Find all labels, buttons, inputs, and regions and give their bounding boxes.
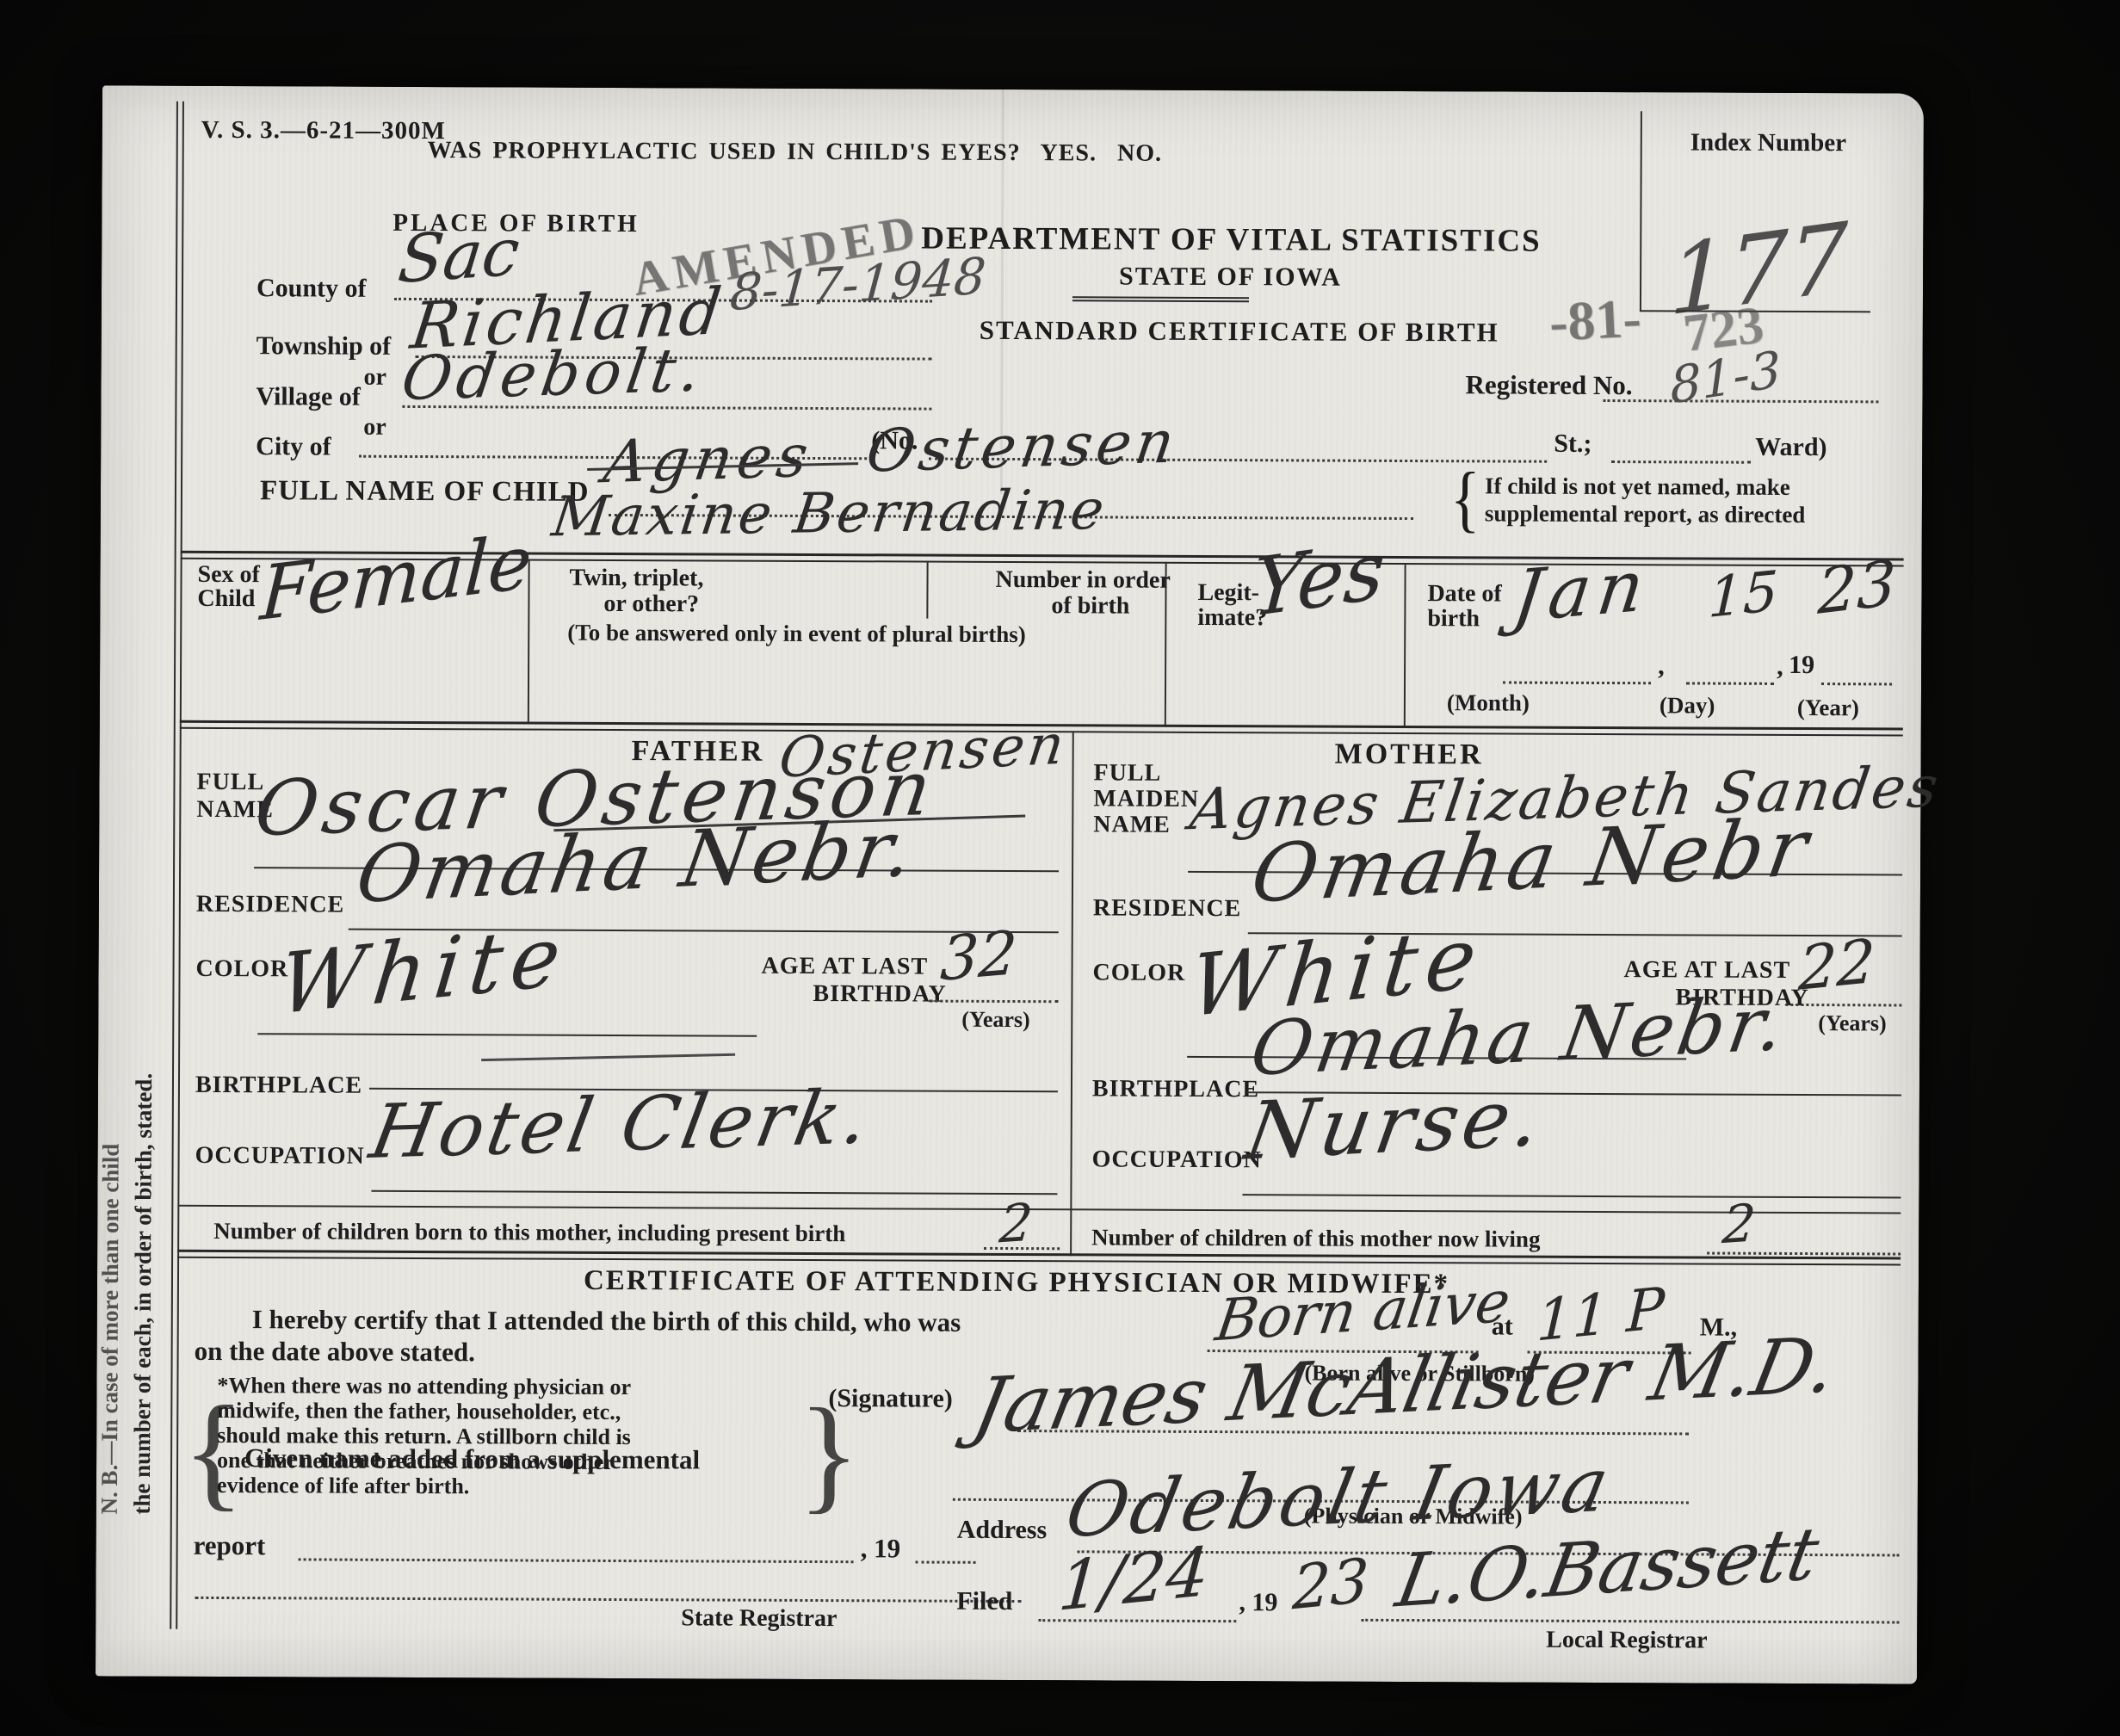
filed-label: Filed xyxy=(956,1587,1012,1616)
physician-signature: James McAllister M.D. xyxy=(967,1327,1842,1445)
mother-age-line xyxy=(1785,1004,1901,1007)
dob-label-line2: birth xyxy=(1427,605,1480,633)
mother-section-title: MOTHER xyxy=(1335,738,1484,772)
street-label: St.; xyxy=(1554,429,1592,459)
rule-under-occupation-row xyxy=(177,1205,1901,1214)
certify-statement-line1: I hereby certify that I attended the bir… xyxy=(252,1304,961,1338)
dob-comma-1: , xyxy=(1658,652,1665,681)
city-label: City of xyxy=(256,432,331,461)
given-name-year-line xyxy=(916,1561,976,1564)
local-registrar-caption: Local Registrar xyxy=(1546,1627,1708,1655)
mother-name-label-line3: NAME xyxy=(1093,811,1171,838)
township-label: Township of xyxy=(257,331,392,361)
father-residence-label: RESIDENCE xyxy=(196,891,345,919)
margin-note-line2: the number of each, in order of birth, s… xyxy=(129,344,161,1515)
address-label: Address xyxy=(957,1516,1048,1545)
index-box-line xyxy=(1640,111,1642,311)
footnote-block: *When there was no attending physician o… xyxy=(217,1373,631,1499)
margin-note-line1: N. B.—In case of more than one child xyxy=(96,369,128,1514)
state-registrar-line xyxy=(195,1597,1021,1603)
father-birthplace-label: BIRTHPLACE xyxy=(195,1072,362,1100)
prophylactic-question: WAS PROPHYLACTIC USED IN CHILD'S EYES? Y… xyxy=(428,137,1162,168)
scanned-birth-certificate: { "header": { "form_no": "V. S. 3.—6-21—… xyxy=(0,0,2120,1736)
state-registrar-caption: State Registrar xyxy=(681,1604,837,1633)
father-name-label-line1: FULL xyxy=(196,769,264,796)
or-label-1: or xyxy=(363,364,386,392)
dob-comma-2: , xyxy=(1777,652,1783,682)
signature-label: (Signature) xyxy=(828,1384,953,1414)
father-birthplace-dash xyxy=(481,1053,735,1061)
ward-line xyxy=(1611,460,1751,464)
dob-day-value: 15 xyxy=(1707,564,1779,627)
county-value: Sac xyxy=(395,219,522,293)
certificate-paper: N. B.—In case of more than one child the… xyxy=(96,85,1924,1683)
father-occupation-value: Hotel Clerk. xyxy=(365,1080,877,1170)
dob-month-caption: (Month) xyxy=(1447,689,1530,716)
not-named-brace: { xyxy=(1450,456,1480,542)
plural-note: (To be answered only in event of plural … xyxy=(567,620,1026,648)
registered-no-label: Registered No. xyxy=(1465,369,1632,401)
amended-date-handwritten: 8-17-1948 xyxy=(728,250,987,318)
filed-date-value: 1/24 xyxy=(1056,1538,1211,1622)
local-registrar-line xyxy=(1361,1619,1899,1624)
father-children-label: Number of children born to this mother, … xyxy=(213,1218,845,1247)
mother-name-label-line2: MAIDEN xyxy=(1093,785,1199,813)
given-name-note-line2: report xyxy=(194,1530,266,1561)
given-name-line xyxy=(299,1558,854,1563)
mother-years-caption: (Years) xyxy=(1818,1010,1887,1036)
mother-children-value: 2 xyxy=(1721,1197,1758,1251)
child-name-label: FULL NAME OF CHILD xyxy=(260,475,590,509)
given-name-year: , 19 xyxy=(861,1533,901,1564)
mother-birthplace-label: BIRTHPLACE xyxy=(1092,1075,1259,1103)
sex-label-line2: Child xyxy=(197,585,255,613)
order-label-line2: of birth xyxy=(1051,592,1129,620)
mother-occupation-value: Nurse. xyxy=(1240,1078,1549,1171)
dob-label-line1: Date of xyxy=(1427,580,1501,608)
form-number: V. S. 3.—6-21—300M xyxy=(201,116,446,145)
stamp-81: -81- xyxy=(1548,286,1642,354)
child-name-surname: Ostensen xyxy=(862,413,1182,481)
order-label-line1: Number in order xyxy=(995,566,1170,595)
divider-father-mother xyxy=(1070,731,1074,1256)
index-number-label: Index Number xyxy=(1690,128,1846,158)
footnote-line-2: midwife, then the father, householder, e… xyxy=(217,1398,631,1424)
filed-year-prefix: , 19 xyxy=(1239,1588,1277,1617)
standard-certificate-title: STANDARD CERTIFICATE OF BIRTH xyxy=(980,315,1499,349)
dob-month-line xyxy=(1503,681,1651,684)
mother-occupation-line xyxy=(1242,1194,1901,1198)
title-divider xyxy=(1072,296,1249,302)
mother-residence-value: Omaha Nebr xyxy=(1246,808,1817,915)
dob-year-caption: (Year) xyxy=(1797,695,1859,721)
father-age-value: 32 xyxy=(939,923,1019,990)
father-age-label-line2: BIRTHDAY xyxy=(813,980,946,1009)
divider-twin-order xyxy=(926,561,928,619)
filed-year-value: 23 xyxy=(1291,1550,1369,1619)
footnote-line-1: *When there was no attending physician o… xyxy=(217,1373,631,1399)
footnote-line-5: evidence of life after birth. xyxy=(217,1473,631,1499)
dob-day-caption: (Day) xyxy=(1660,692,1715,719)
mother-occupation-label: OCCUPATION xyxy=(1092,1146,1262,1174)
ward-label: Ward) xyxy=(1755,433,1826,462)
rule-top-of-certificate xyxy=(177,1250,1901,1266)
or-label-2: or xyxy=(363,414,386,442)
divider-order-legit xyxy=(1165,562,1167,727)
not-named-note-line2: supplemental report, as directed xyxy=(1485,500,1806,528)
dob-month-value: Jan xyxy=(1509,551,1654,633)
given-name-note-line1: Given name added from a supplemental xyxy=(244,1443,700,1475)
twin-label-line2: or other? xyxy=(603,590,699,618)
father-color-value: White xyxy=(275,913,573,1026)
mother-age-value: 22 xyxy=(1797,930,1876,999)
department-title: DEPARTMENT OF VITAL STATISTICS xyxy=(921,220,1542,260)
father-residence-value: Omaha Nebr. xyxy=(351,810,921,915)
mother-name-label-line1: FULL xyxy=(1093,759,1161,787)
mother-age-label-line1: AGE AT LAST xyxy=(1624,956,1791,985)
state-title: STATE OF IOWA xyxy=(1119,263,1342,293)
village-value: Odebolt. xyxy=(399,339,709,409)
twin-label-line1: Twin, triplet, xyxy=(569,565,703,593)
legitimate-label-line1: Legit- xyxy=(1197,579,1259,607)
mother-color-label: COLOR xyxy=(1092,959,1185,986)
divider-legit-date xyxy=(1404,563,1406,728)
father-color-label: COLOR xyxy=(195,955,288,983)
father-occupation-line xyxy=(371,1190,1057,1195)
father-color-line xyxy=(257,1033,757,1037)
certify-statement-line2: on the date above stated. xyxy=(195,1336,476,1368)
not-named-note-line1: If child is not yet named, make xyxy=(1485,473,1790,501)
father-age-label-line1: AGE AT LAST xyxy=(762,953,929,981)
mother-children-label: Number of children of this mother now li… xyxy=(1091,1224,1540,1252)
divider-sex-twin xyxy=(528,559,530,725)
father-age-line xyxy=(929,1000,1058,1004)
father-children-value: 2 xyxy=(998,1197,1035,1251)
dob-year-line xyxy=(1821,683,1892,685)
dob-day-line xyxy=(1686,682,1774,684)
child-name-added: Maxine Bernadine xyxy=(549,483,1109,546)
father-years-caption: (Years) xyxy=(961,1007,1030,1033)
legitimate-value: Yes xyxy=(1250,530,1388,629)
dob-year-value: 23 xyxy=(1817,552,1897,623)
father-occupation-label: OCCUPATION xyxy=(195,1142,365,1171)
county-label: County of xyxy=(257,274,367,304)
sex-value: Female xyxy=(258,525,534,632)
mother-residence-label: RESIDENCE xyxy=(1093,894,1242,923)
village-label: Village of xyxy=(256,382,361,412)
dob-year-prefix: 19 xyxy=(1789,651,1814,680)
